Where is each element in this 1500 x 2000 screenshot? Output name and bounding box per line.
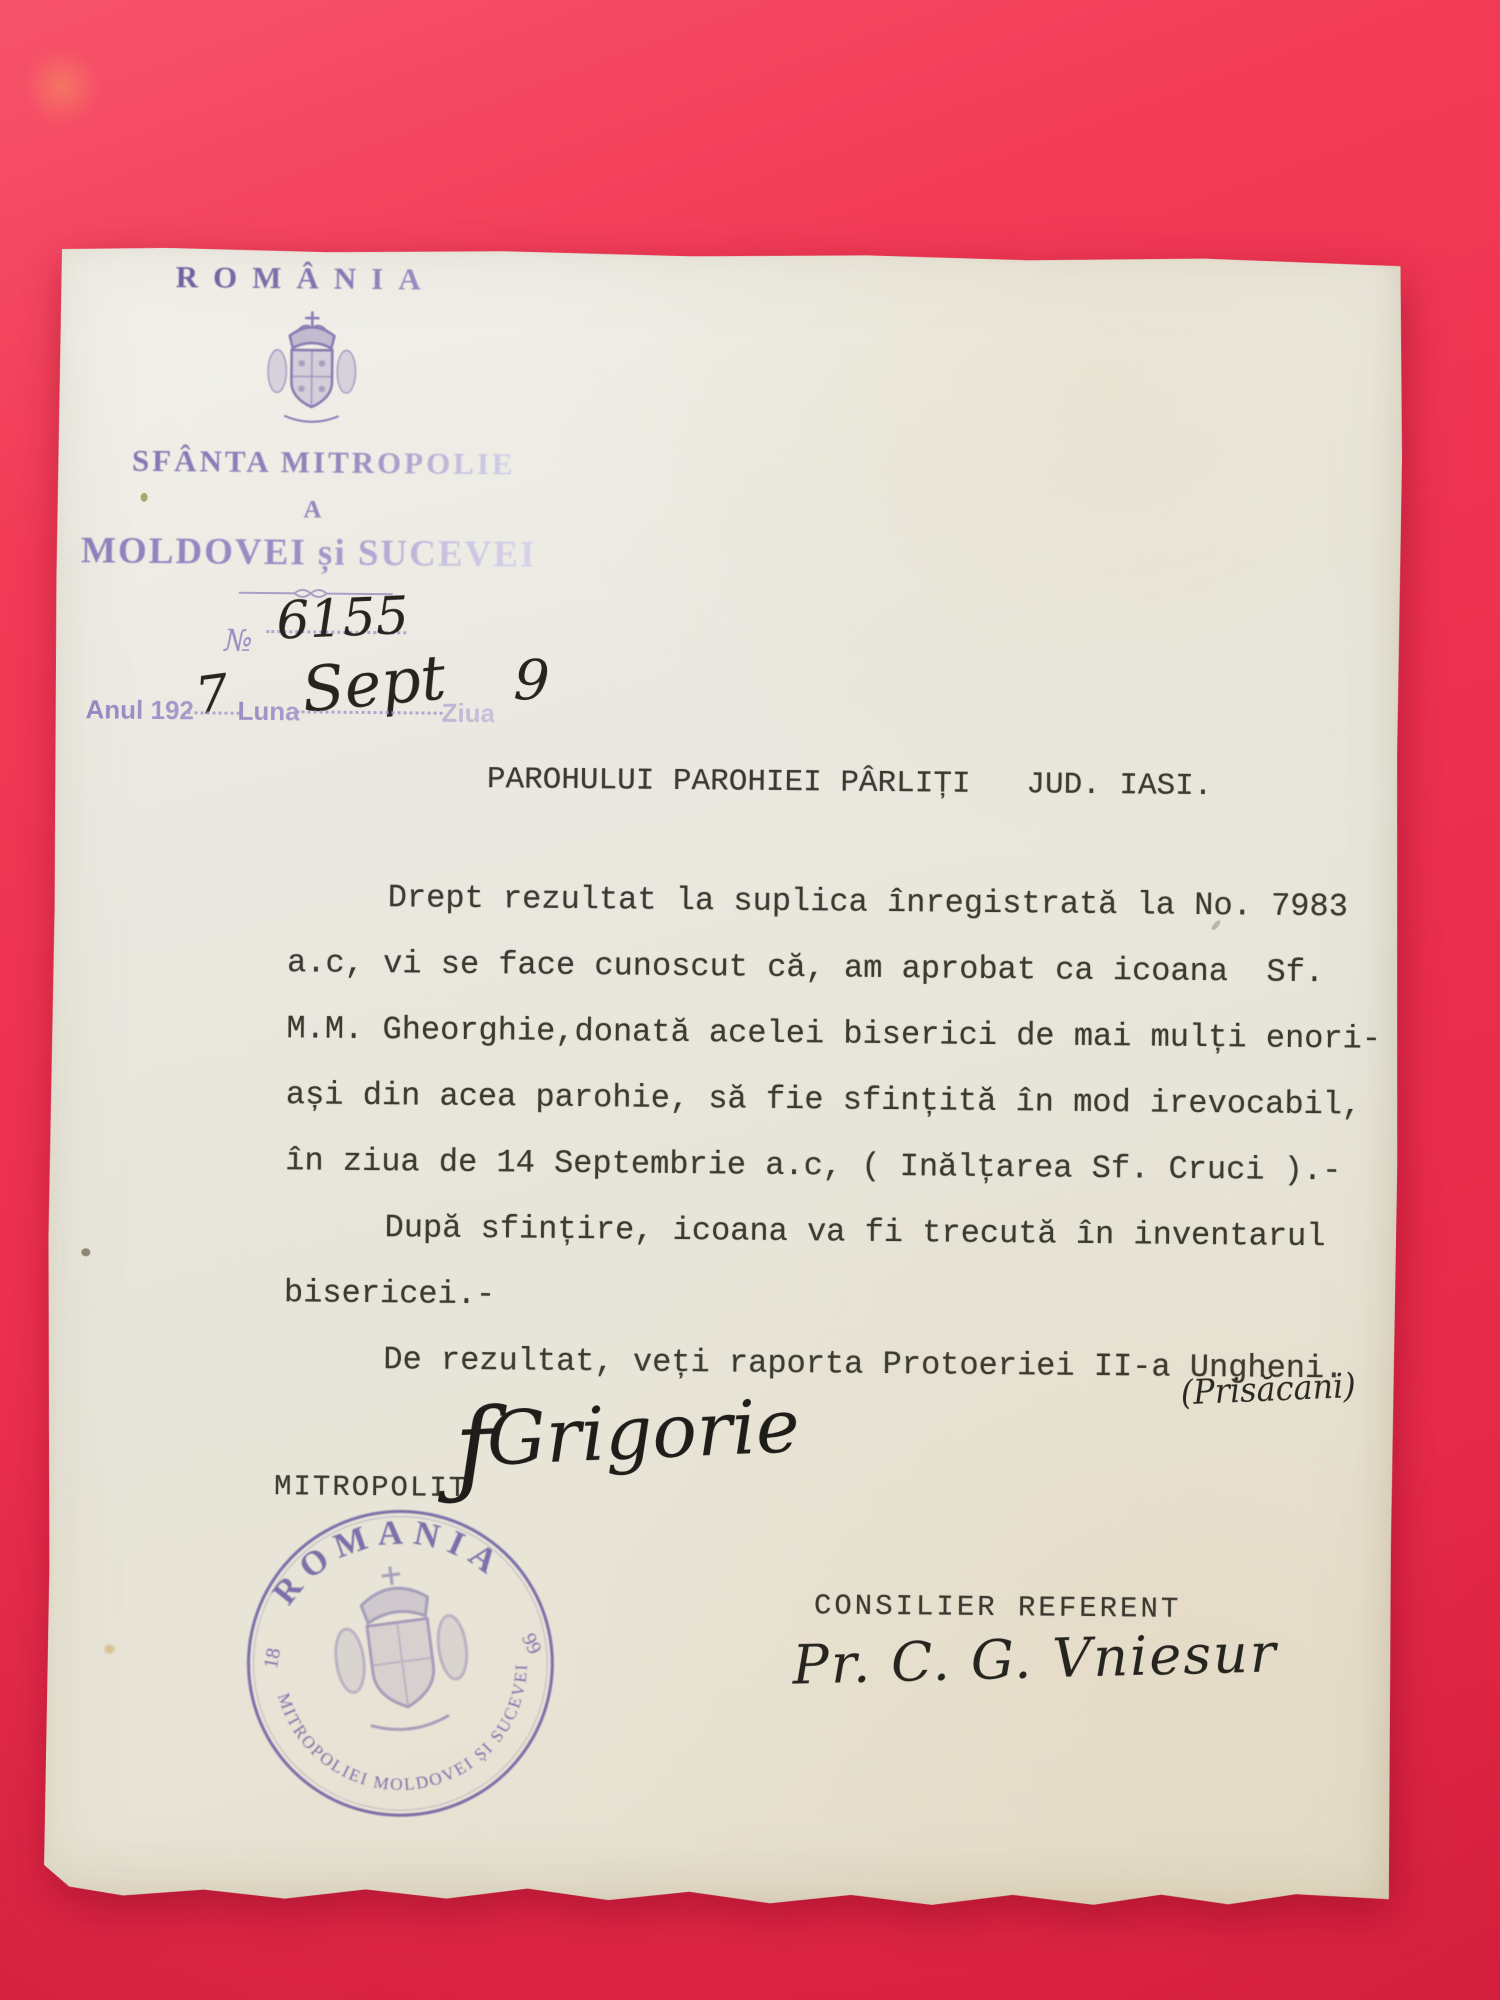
round-seal-icon: ROMANIA MITROPOLIEI MOLDOVEI ȘI SUCEVEI … (219, 1482, 582, 1845)
handwritten-note: (Prisăcani) (1180, 1366, 1357, 1413)
letter-paper: ROMÂNIA (42, 246, 1406, 1911)
recipient-line: PAROHULUI PAROHIEI PÂRLIȚI JUD. IASI. (487, 762, 1213, 804)
letterhead-country: ROMÂNIA (176, 259, 436, 297)
date-anul-label: Anul 192 (85, 694, 194, 726)
registry-no-label: № (224, 624, 253, 659)
date-luna-label: Luna (237, 696, 299, 728)
letterhead-org-line3: MOLDOVEI și SUCEVEI (81, 529, 537, 576)
date-anul-dotted-line (188, 711, 240, 714)
body-line: ași din acea parohie, să fie sfințită în… (285, 1076, 1396, 1153)
signature-left-name: Grigorie (485, 1383, 801, 1482)
royal-crest-icon (250, 308, 373, 431)
paper-speck (104, 1645, 114, 1654)
seal-year-right: 99 (517, 1630, 546, 1658)
letterhead-org-line2: A (303, 496, 321, 524)
seal-year-left: 18 (260, 1646, 285, 1670)
paper-speck (81, 1248, 90, 1256)
signature-consilier: Pr. C. G. Vniesur (792, 1621, 1279, 1696)
date-anul-value: 7 (192, 664, 233, 728)
body-line: M.M. Gheorghie,donată acelei biserici de… (286, 1010, 1397, 1087)
background-smudge (22, 48, 102, 126)
title-consilier-referent: CONSILIER REFERENT (814, 1589, 1182, 1626)
letterhead-org-line1: SFÂNTA MITROPOLIE (132, 443, 516, 483)
signature-mitropolit: ƒGrigorie (452, 1372, 802, 1509)
body-line: După sfințire, icoana va fi trecută în i… (284, 1208, 1395, 1285)
date-ziua-value: 9 (512, 648, 550, 715)
body-line: în ziua de 14 Septembrie a.c, ( Inălțare… (285, 1142, 1396, 1219)
body-line: Drept rezultat la suplica înregistrată l… (287, 878, 1398, 955)
signature-flourish: ƒ (452, 1386, 490, 1509)
photo-of-document: ROMÂNIA (0, 0, 1500, 2000)
paper-sheet: ROMÂNIA (42, 246, 1406, 1911)
body-line: a.c, vi se face cunoscut că, am aprobat … (287, 944, 1398, 1021)
registry-no-value: 6155 (275, 586, 410, 652)
letter-body: Drept rezultat la suplica înregistrată l… (283, 878, 1398, 1417)
body-line: bisericei.- (284, 1274, 1395, 1351)
date-ziua-label: Ziua (441, 698, 495, 730)
paper-speck (141, 493, 148, 502)
